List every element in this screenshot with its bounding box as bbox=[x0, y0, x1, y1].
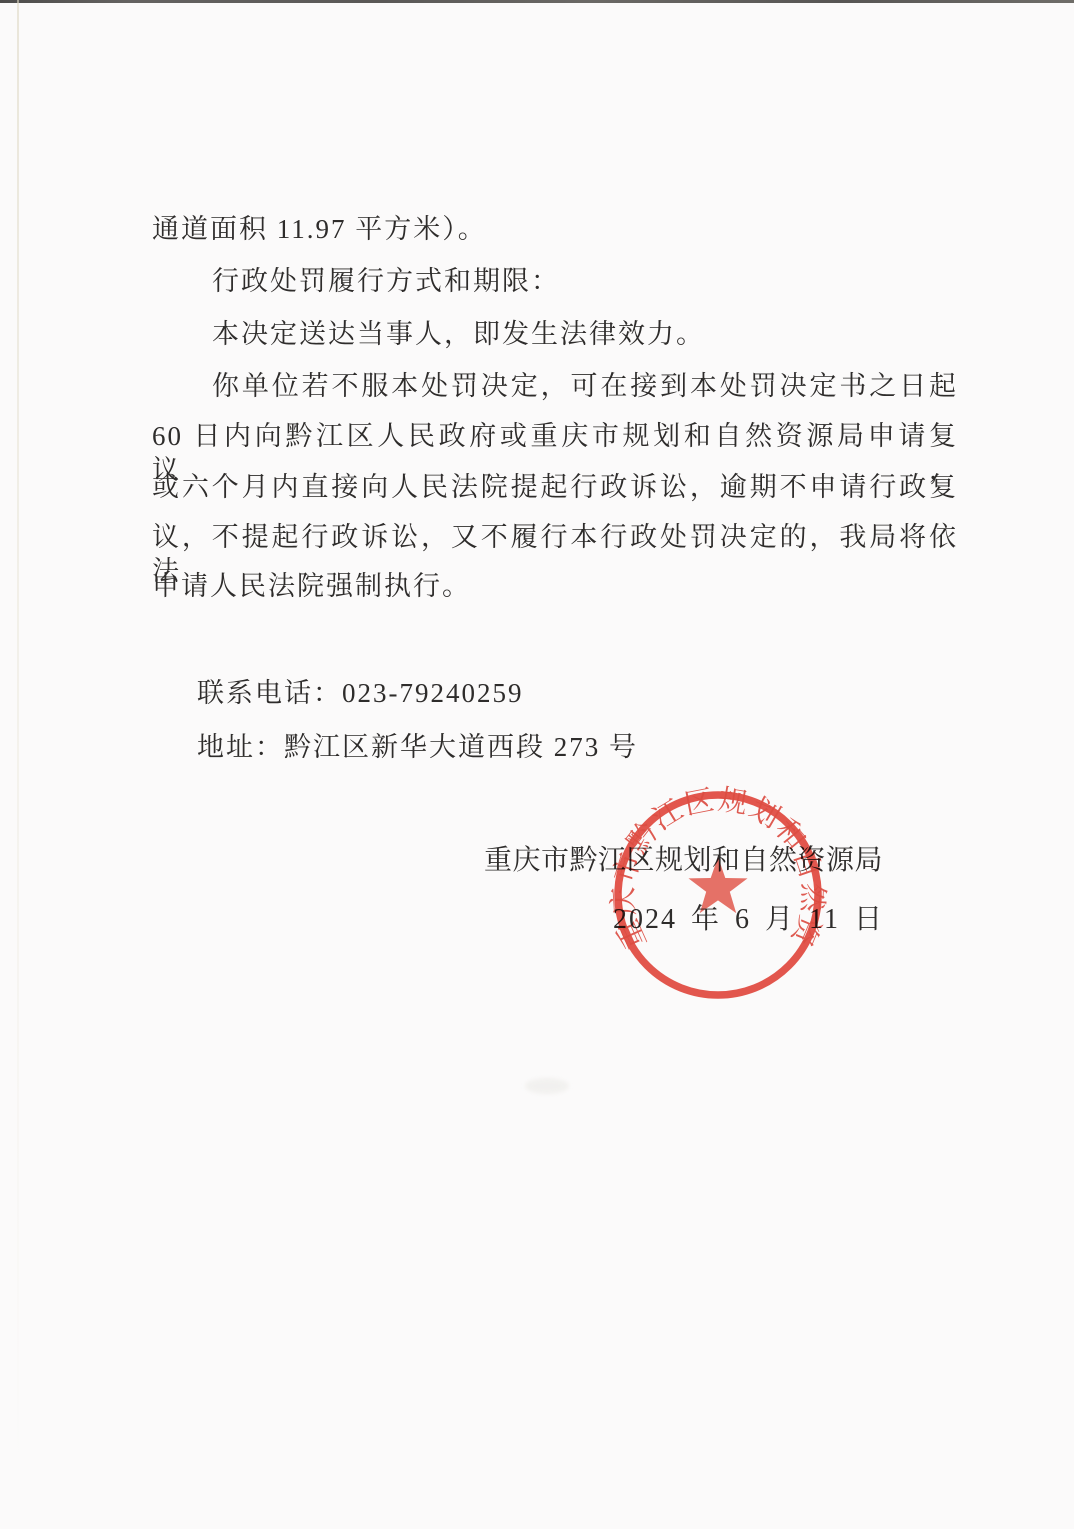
official-seal-stamp: 重庆市黔江区规划和自然资源局 bbox=[598, 775, 838, 1015]
contact-address-line: 地址：黔江区新华大道西段 273 号 bbox=[197, 730, 638, 764]
body-line-8: 申请人民法院强制执行。 bbox=[152, 569, 471, 603]
body-line-2: 行政处罚履行方式和期限： bbox=[212, 264, 560, 298]
star-icon bbox=[689, 857, 748, 913]
body-line-6: 或六个月内直接向人民法院提起行政诉讼，逾期不申请行政复 bbox=[152, 470, 958, 504]
scan-smudge-artifact bbox=[525, 1078, 569, 1094]
scan-top-edge-artifact bbox=[0, 0, 1074, 3]
body-line-1: 通道面积 11.97 平方米）。 bbox=[152, 212, 487, 246]
body-line-3: 本决定送达当事人，即发生法律效力。 bbox=[212, 317, 705, 351]
contact-phone-line: 联系电话：023-79240259 bbox=[197, 676, 524, 710]
scanned-document-page: 通道面积 11.97 平方米）。 行政处罚履行方式和期限： 本决定送达当事人，即… bbox=[0, 0, 1074, 1529]
seal-ring-text: 重庆市黔江区规划和自然资源局 bbox=[598, 775, 829, 954]
scan-left-fold-line-artifact bbox=[17, 0, 19, 1485]
seal-ring-text-holder: 重庆市黔江区规划和自然资源局 bbox=[598, 775, 829, 954]
body-line-4: 你单位若不服本处罚决定，可在接到本处罚决定书之日起 bbox=[212, 369, 958, 403]
